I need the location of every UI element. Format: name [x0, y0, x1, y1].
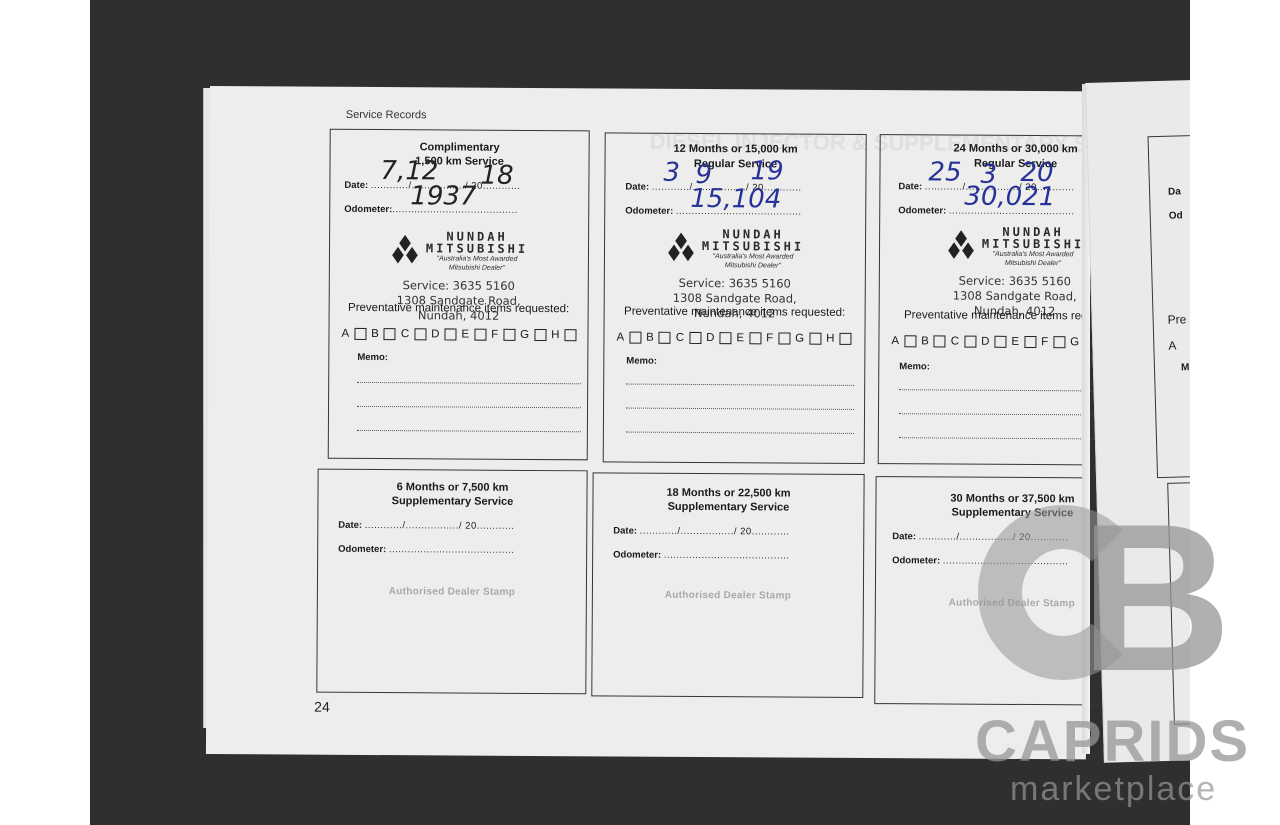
checkbox-b[interactable] [934, 335, 946, 347]
service-card-6-months: 6 Months or 7,500 km Supplementary Servi… [316, 469, 587, 695]
service-card-12-months: 12 Months or 15,000 km Regular Service D… [603, 132, 867, 464]
service-card-18-months: 18 Months or 22,500 km Supplementary Ser… [591, 472, 864, 698]
stamp-service-phone: Service: 3635 5160 [330, 278, 588, 295]
checkbox-b[interactable] [659, 332, 671, 344]
memo-line-3[interactable] [357, 430, 581, 432]
checkbox-a[interactable] [354, 328, 366, 340]
checkbox-c[interactable] [414, 328, 426, 340]
card-title-line1: 12 Months or 15,000 km [606, 141, 866, 157]
checkbox-f[interactable] [503, 329, 515, 341]
memo-label: Memo: [626, 356, 657, 367]
next-page-preventative-label: Pre [1167, 312, 1186, 327]
handwritten-date-day: 25 [928, 159, 961, 185]
memo-line-1[interactable] [357, 382, 581, 384]
checkbox-e[interactable] [749, 332, 761, 344]
stamp-brand-line2: MITSUBISHI [982, 238, 1084, 251]
card-title-line2: Regular Service [605, 156, 865, 172]
checkbox-c[interactable] [689, 332, 701, 344]
stamp-brand-line2: MITSUBISHI [702, 240, 804, 253]
next-page-date-label: Da [1168, 186, 1181, 197]
authorised-dealer-stamp-area: Authorised Dealer Stamp [318, 586, 586, 599]
checkbox-g[interactable] [534, 329, 546, 341]
stamp-tagline2: Mitsubishi Dealer" [982, 259, 1084, 269]
handwritten-date-day: 3 [663, 160, 680, 186]
stamp-tagline2: Mitsubishi Dealer" [426, 263, 528, 273]
checkbox-g[interactable] [809, 333, 821, 345]
mitsubishi-logo-icon [666, 236, 696, 262]
date-field[interactable]: Date: ............/................./ 20… [613, 525, 789, 537]
checkbox-e[interactable] [474, 329, 486, 341]
next-page-card-top: Da Od Pre A M [1148, 134, 1190, 478]
odometer-field[interactable]: Odometer: ..............................… [338, 544, 514, 556]
section-title: Service Records [346, 109, 427, 121]
checkbox-e[interactable] [1024, 336, 1036, 348]
handwritten-odometer: 15,104 [690, 186, 781, 213]
checkbox-d[interactable] [719, 332, 731, 344]
mitsubishi-logo-icon [390, 238, 420, 264]
handwritten-date-year: 19 [750, 158, 783, 184]
service-card-complimentary: Complimentary 1,500 km Service Date: ...… [328, 129, 590, 461]
card-title-line2: Supplementary Service [318, 494, 586, 510]
odometer-field[interactable]: Odometer: ..............................… [613, 549, 789, 561]
handwritten-date-year: 18 [480, 163, 513, 189]
stamp-tagline1: "Australia's Most Awarded [982, 250, 1084, 260]
checkbox-d[interactable] [444, 328, 456, 340]
memo-line-3[interactable] [626, 432, 854, 434]
memo-line-2[interactable] [357, 406, 581, 408]
checkbox-f[interactable] [1053, 336, 1065, 348]
handwritten-odometer: 1937 [410, 183, 476, 209]
watermark-subtitle: marketplace [1010, 770, 1217, 809]
memo-label: Memo: [899, 361, 930, 372]
next-page-memo-label: M [1181, 362, 1190, 373]
checkbox-h[interactable] [564, 329, 576, 341]
preventative-maintenance-label: Preventative maintenance items requested… [605, 305, 865, 319]
maintenance-checkboxes: A B C D E F G H [616, 331, 858, 344]
checkbox-a[interactable] [904, 335, 916, 347]
photo-background: DIESEL INJECTOR & SUPPLEMENTARY SERVICE … [90, 0, 1190, 825]
authorised-dealer-stamp-area: Authorised Dealer Stamp [593, 589, 863, 602]
watermark-b-letter: B [1080, 510, 1252, 685]
stamp-address1: 1308 Sandgate Road, [605, 290, 865, 307]
checkbox-b[interactable] [384, 328, 396, 340]
memo-label: Memo: [357, 352, 388, 363]
date-field[interactable]: Date: ............/................./ 20… [338, 520, 514, 532]
checkbox-f[interactable] [778, 332, 790, 344]
mitsubishi-logo-icon [946, 233, 976, 259]
service-records-page: DIESEL INJECTOR & SUPPLEMENTARY SERVICE … [206, 86, 1090, 759]
stamp-service-phone: Service: 3635 5160 [605, 275, 865, 292]
checkbox-a[interactable] [629, 332, 641, 344]
checkbox-h[interactable] [839, 333, 851, 345]
watermark-brand: CAPRIDS [975, 712, 1250, 772]
stamp-tagline2: Mitsubishi Dealer" [702, 261, 804, 271]
stamp-brand-line2: MITSUBISHI [426, 242, 528, 255]
card-title-line2: Supplementary Service [593, 499, 863, 515]
stamp-tagline1: "Australia's Most Awarded [702, 252, 804, 262]
preventative-maintenance-label: Preventative maintenance items requested… [330, 302, 588, 316]
checkbox-c[interactable] [964, 336, 976, 348]
memo-line-1[interactable] [626, 384, 854, 386]
maintenance-checkboxes: A B C D E F G H [341, 328, 581, 341]
next-page-odometer-label: Od [1169, 210, 1183, 221]
page-number: 24 [314, 699, 330, 715]
handwritten-odometer: 30,021 [964, 184, 1055, 211]
next-page-check-label: A [1168, 339, 1176, 353]
card-title-line1: Complimentary [331, 140, 589, 156]
stamp-tagline1: "Australia's Most Awarded [426, 254, 528, 264]
checkbox-d[interactable] [994, 336, 1006, 348]
memo-line-2[interactable] [626, 408, 854, 410]
card-title-line2: 1,500 km Service [331, 154, 589, 170]
